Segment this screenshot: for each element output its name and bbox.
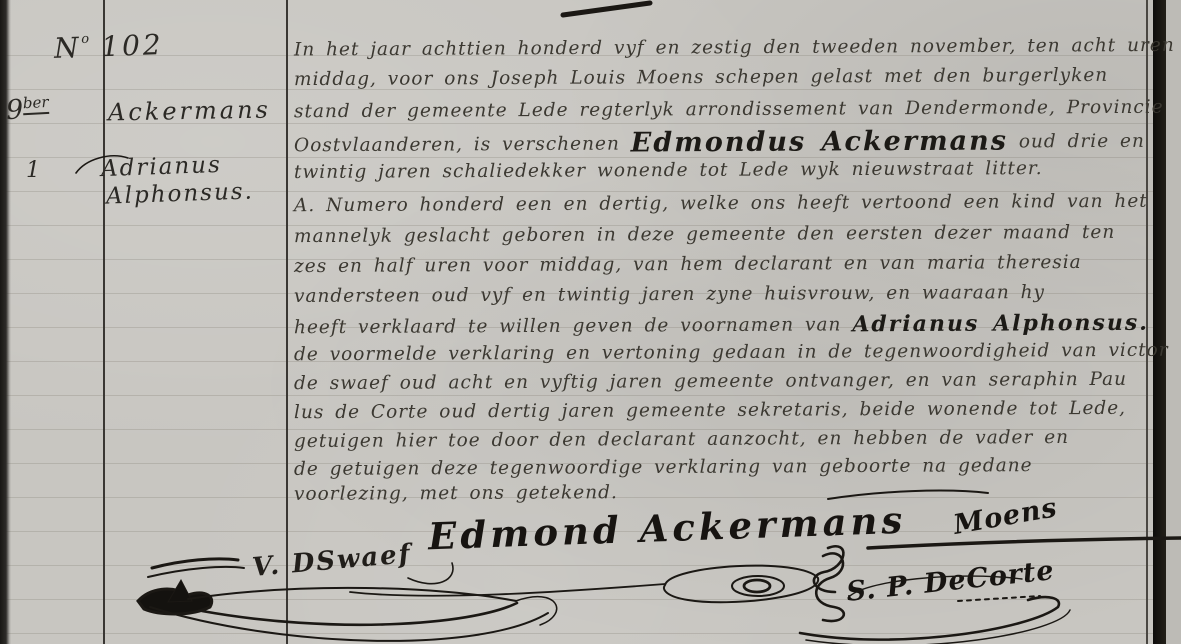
- body-line: A. Numero honderd een en dertig, welke o…: [294, 191, 1148, 216]
- child-name-emphasis: Adrianus Alphonsus.: [852, 310, 1149, 338]
- margin-given-name-line1: Adrianus: [101, 152, 223, 182]
- body-line: getuigen hier toe door den declarant aan…: [294, 427, 1069, 452]
- month-suffix: ber: [22, 93, 49, 115]
- margin-given-name-line2: Alphonsus.: [106, 178, 255, 209]
- body-line: twintig jaren schaliedekker wonende tot …: [294, 158, 1043, 183]
- body-line: de swaef oud acht en vyftig jaren gemeen…: [294, 369, 1127, 394]
- margin-child-number: 1: [26, 158, 40, 183]
- body-line: heeft verklaard te willen geven de voorn…: [294, 310, 1149, 340]
- margin-column-rule: [103, 0, 105, 644]
- body-line: vandersteen oud vyf en twintig jaren zyn…: [294, 282, 1045, 307]
- body-column-rule: [286, 0, 288, 644]
- body-line: zes en half uren voor middag, van hem de…: [294, 252, 1082, 277]
- act-number-letter: N: [53, 31, 82, 65]
- declarant-name-emphasis: Edmondus Ackermans: [631, 125, 1008, 158]
- page-right-gutter: [1166, 0, 1181, 644]
- act-number: No 102: [53, 28, 164, 65]
- month-abbreviation: 9ber: [5, 93, 49, 126]
- act-number-value: 102: [89, 28, 164, 64]
- body-line: voorlezing, met ons getekend.: [294, 482, 618, 505]
- body-line: Oostvlaanderen, is verschenen Edmondus A…: [294, 125, 1145, 160]
- margin-surname: Ackermans: [108, 96, 271, 127]
- body-line: lus de Corte oud dertig jaren gemeente s…: [294, 398, 1126, 423]
- body-line: middag, voor ons Joseph Louis Moens sche…: [294, 65, 1108, 90]
- body-line: de getuigen deze tegenwoordige verklarin…: [294, 455, 1033, 480]
- body-line-text: oud drie en: [1008, 131, 1145, 153]
- month-number: 9: [5, 94, 24, 126]
- body-line-text: heeft verklaard te willen geven de voorn…: [294, 314, 852, 338]
- body-line-text: Oostvlaanderen, is verschenen: [294, 133, 631, 156]
- body-line: mannelyk geslacht geboren in deze gemeen…: [294, 222, 1115, 247]
- scanned-birth-record: No 102 9ber Ackermans 1 Adrianus Alphons…: [0, 0, 1181, 644]
